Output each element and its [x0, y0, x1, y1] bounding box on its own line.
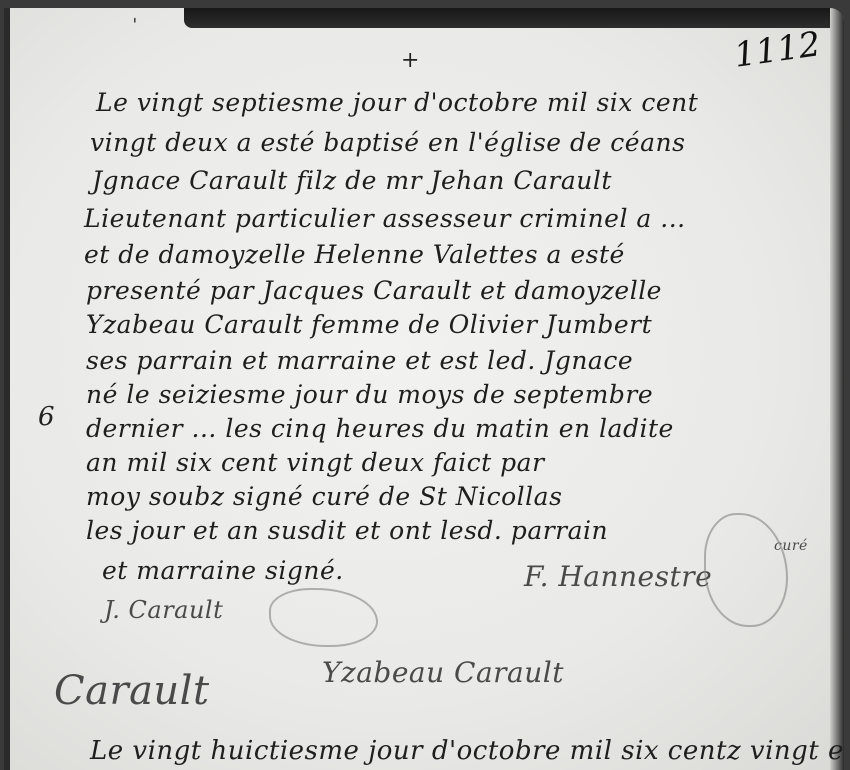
- entry-line: ses parrain et marraine et est led. Jgna…: [86, 346, 633, 375]
- entry-line: presenté par Jacques Carault et damoyzel…: [86, 276, 662, 305]
- next-entry-line: Le vingt huictiesme jour d'octobre mil s…: [90, 736, 844, 766]
- page-right-edge: [830, 8, 844, 770]
- entry-line: Yzabeau Carault femme de Olivier Jumbert: [86, 310, 652, 339]
- entry-line: Lieutenant particulier assesseur crimine…: [84, 204, 686, 233]
- signature-j-carault: J. Carault: [104, 596, 223, 624]
- entry-line: vingt deux a esté baptisé en l'église de…: [90, 128, 685, 157]
- entry-line: moy soubz signé curé de St Nicollas: [86, 482, 562, 511]
- signature-flourish: [269, 588, 378, 647]
- signature-hannestre: F. Hannestre: [524, 560, 712, 593]
- entry-line: Le vingt septiesme jour d'octobre mil si…: [96, 88, 698, 117]
- entry-line: les jour et an susdit et ont lesd. parra…: [86, 516, 608, 545]
- signature-flourish: [704, 513, 788, 627]
- page-left-edge: [4, 8, 10, 770]
- entry-line: an mil six cent vingt deux faict par: [86, 448, 545, 477]
- register-page: ˈ 1112 + 6 Le vingt septiesme jour d'oct…: [4, 8, 844, 770]
- entry-line: dernier ... les cinq heures du matin en …: [86, 414, 674, 443]
- top-tick-mark: ˈ: [132, 14, 138, 38]
- entry-line: Jgnace Carault filz de mr Jehan Carault: [92, 166, 612, 195]
- cross-mark: +: [401, 48, 419, 73]
- margin-note: 6: [38, 402, 55, 432]
- signature-yzabeau-carault: Yzabeau Carault: [322, 656, 564, 689]
- entry-line: né le seiziesme jour du moys de septembr…: [86, 380, 653, 409]
- folio-number: 1112: [732, 24, 823, 76]
- signature-carault-large: Carault: [54, 668, 210, 714]
- entry-line: et de damoyzelle Helenne Valettes a esté: [84, 240, 625, 269]
- binding-shadow: [184, 8, 844, 28]
- entry-line: et marraine signé.: [102, 556, 344, 585]
